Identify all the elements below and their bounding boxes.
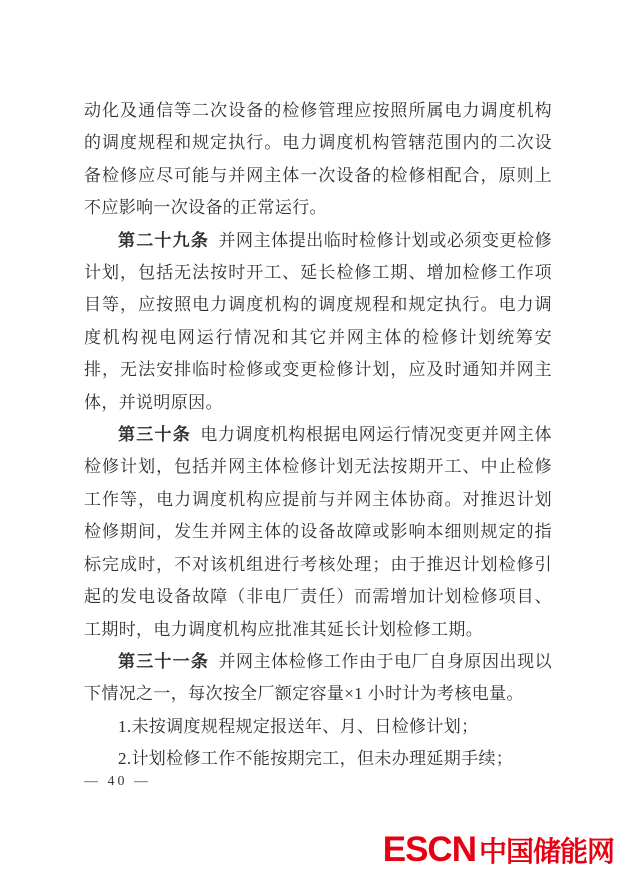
paragraph-text: 动化及通信等二次设备的检修管理应按照所属电力调度机构的调度规程和规定执行。电力调… [84, 101, 552, 217]
page-number: — 40 — [84, 774, 151, 790]
paragraph-article-31: 第三十一条并网主体检修工作由于电厂自身原因出现以下情况之一，每次按全厂额定容量×… [84, 646, 552, 711]
escn-logo-latin: ESCN [383, 832, 476, 867]
document-page: 动化及通信等二次设备的检修管理应按照所属电力调度机构的调度规程和规定执行。电力调… [0, 0, 620, 876]
paragraph-article-29: 第二十九条并网主体提出临时检修计划或必须变更检修计划，包括无法按时开工、延长检修… [84, 225, 552, 419]
article-number: 第二十九条 [118, 231, 209, 250]
list-item-2: 2.计划检修工作不能按期完工，但未办理延期手续； [84, 743, 552, 775]
paragraph-article-30: 第三十条电力调度机构根据电网运行情况变更并网主体检修计划，包括并网主体检修计划无… [84, 419, 552, 646]
paragraph-text: 电力调度机构根据电网运行情况变更并网主体检修计划，包括并网主体检修计划无法按期开… [84, 425, 552, 638]
document-body: 动化及通信等二次设备的检修管理应按照所属电力调度机构的调度规程和规定执行。电力调… [84, 95, 552, 776]
escn-logo: ESCN 中国储能网 [383, 832, 614, 867]
escn-logo-chinese: 中国储能网 [479, 838, 614, 866]
paragraph-continuation: 动化及通信等二次设备的检修管理应按照所属电力调度机构的调度规程和规定执行。电力调… [84, 95, 552, 225]
article-number: 第三十条 [118, 425, 191, 444]
paragraph-text: 1.未按调度规程规定报送年、月、日检修计划； [118, 717, 478, 736]
article-number: 第三十一条 [118, 652, 209, 671]
list-item-1: 1.未按调度规程规定报送年、月、日检修计划； [84, 711, 552, 743]
paragraph-text: 并网主体提出临时检修计划或必须变更检修计划，包括无法按时开工、延长检修工期、增加… [84, 231, 552, 412]
paragraph-text: 2.计划检修工作不能按期完工，但未办理延期手续； [118, 749, 513, 768]
